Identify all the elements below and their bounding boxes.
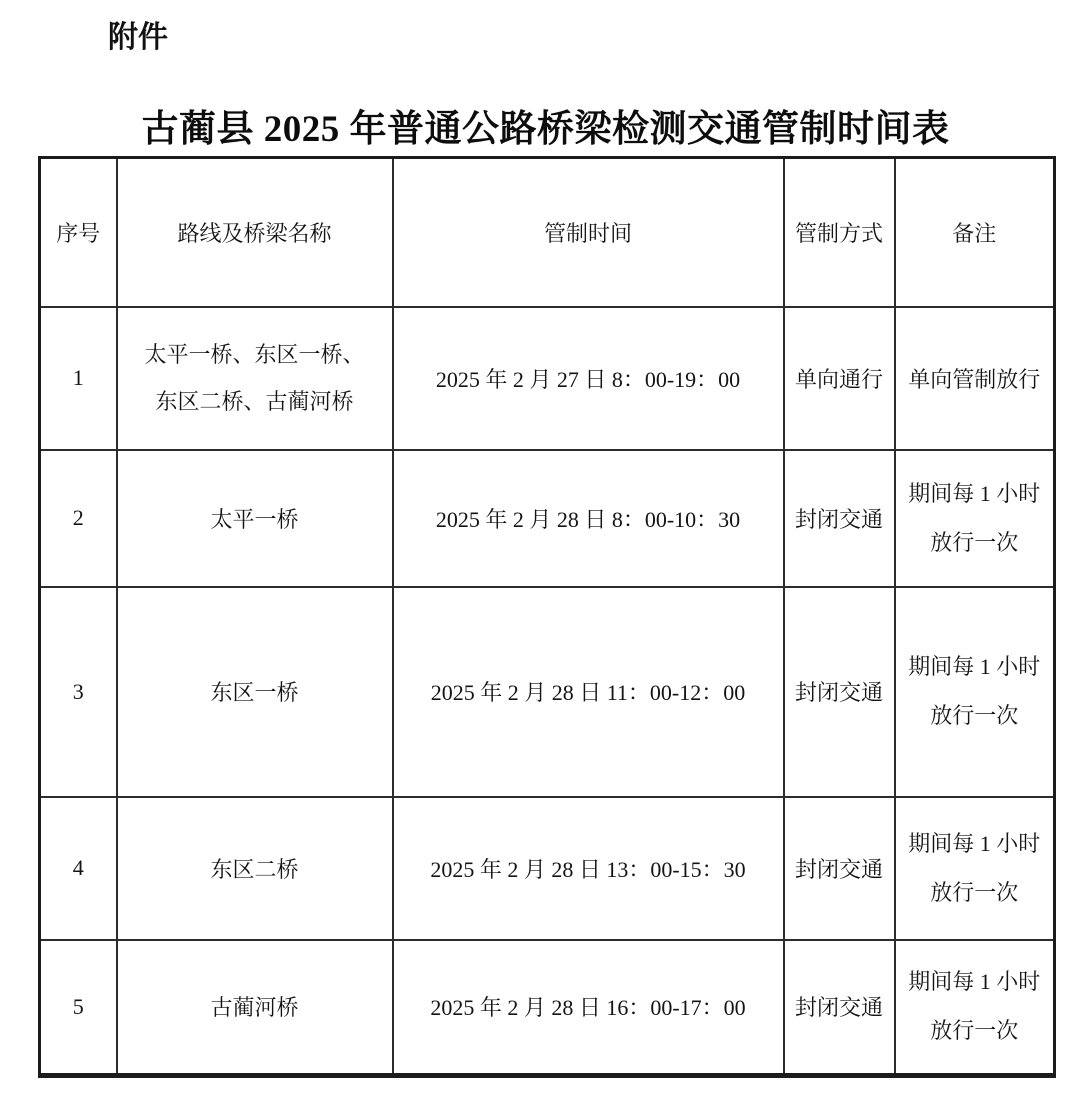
cell-index: 1 [40,307,117,450]
remark-line: 期间每 1 小时 [908,967,1040,997]
remark-line: 期间每 1 小时 [908,829,1040,859]
bridge-name-line: 太平一桥、东区一桥、 [144,340,364,370]
remark-line: 期间每 1 小时 [908,479,1040,509]
cell-control-method: 封闭交通 [784,450,895,587]
table-row: 4 东区二桥 2025 年 2 月 28 日 13：00-15：30 封闭交通 … [40,797,1055,940]
header-cell-control-method: 管制方式 [784,158,895,307]
cell-index: 2 [40,450,117,587]
cell-control-time: 2025 年 2 月 27 日 8：00-19：00 [393,307,784,450]
scanned-document-page: { "document": { "attachment_label": "附件"… [0,0,1080,1110]
traffic-control-schedule-table: 序号 路线及桥梁名称 管制时间 管制方式 备注 1 太平一桥、东区一桥、 东区二… [38,156,1056,1078]
cell-control-time: 2025 年 2 月 28 日 16：00-17：00 [393,940,784,1076]
table-row: 2 太平一桥 2025 年 2 月 28 日 8：00-10：30 封闭交通 期… [40,450,1055,587]
remark-line: 放行一次 [930,1016,1018,1046]
remark-line: 期间每 1 小时 [908,652,1040,682]
remark-line: 放行一次 [930,701,1018,731]
header-cell-control-time: 管制时间 [393,158,784,307]
cell-control-time: 2025 年 2 月 28 日 13：00-15：30 [393,797,784,940]
cell-remark: 期间每 1 小时 放行一次 [895,797,1055,940]
bridge-name-line: 东区二桥、古蔺河桥 [155,387,353,417]
table-header-row: 序号 路线及桥梁名称 管制时间 管制方式 备注 [40,158,1055,307]
cell-bridge-name: 太平一桥、东区一桥、 东区二桥、古蔺河桥 [117,307,393,450]
cell-control-method: 单向通行 [784,307,895,450]
cell-bridge-name: 古蔺河桥 [117,940,393,1076]
cell-remark: 期间每 1 小时 放行一次 [895,587,1055,797]
table-row: 3 东区一桥 2025 年 2 月 28 日 11：00-12：00 封闭交通 … [40,587,1055,797]
cell-index: 4 [40,797,117,940]
cell-bridge-name: 东区二桥 [117,797,393,940]
cell-remark: 期间每 1 小时 放行一次 [895,940,1055,1076]
cell-control-method: 封闭交通 [784,587,895,797]
header-cell-remark: 备注 [895,158,1055,307]
cell-control-time: 2025 年 2 月 28 日 11：00-12：00 [393,587,784,797]
attachment-label: 附件 [108,12,168,56]
remark-line: 放行一次 [930,528,1018,558]
cell-bridge-name: 东区一桥 [117,587,393,797]
header-cell-no: 序号 [40,158,117,307]
page-title: 古蔺县 2025 年普通公路桥梁检测交通管制时间表 [38,98,1053,152]
cell-bridge-name: 太平一桥 [117,450,393,587]
cell-remark: 期间每 1 小时 放行一次 [895,450,1055,587]
cell-control-method: 封闭交通 [784,797,895,940]
table-row: 5 古蔺河桥 2025 年 2 月 28 日 16：00-17：00 封闭交通 … [40,940,1055,1076]
table-row: 1 太平一桥、东区一桥、 东区二桥、古蔺河桥 2025 年 2 月 27 日 8… [40,307,1055,450]
cell-index: 5 [40,940,117,1076]
cell-control-time: 2025 年 2 月 28 日 8：00-10：30 [393,450,784,587]
cell-control-method: 封闭交通 [784,940,895,1076]
remark-line: 放行一次 [930,878,1018,908]
cell-index: 3 [40,587,117,797]
cell-remark: 单向管制放行 [895,307,1055,450]
header-cell-bridge-name: 路线及桥梁名称 [117,158,393,307]
